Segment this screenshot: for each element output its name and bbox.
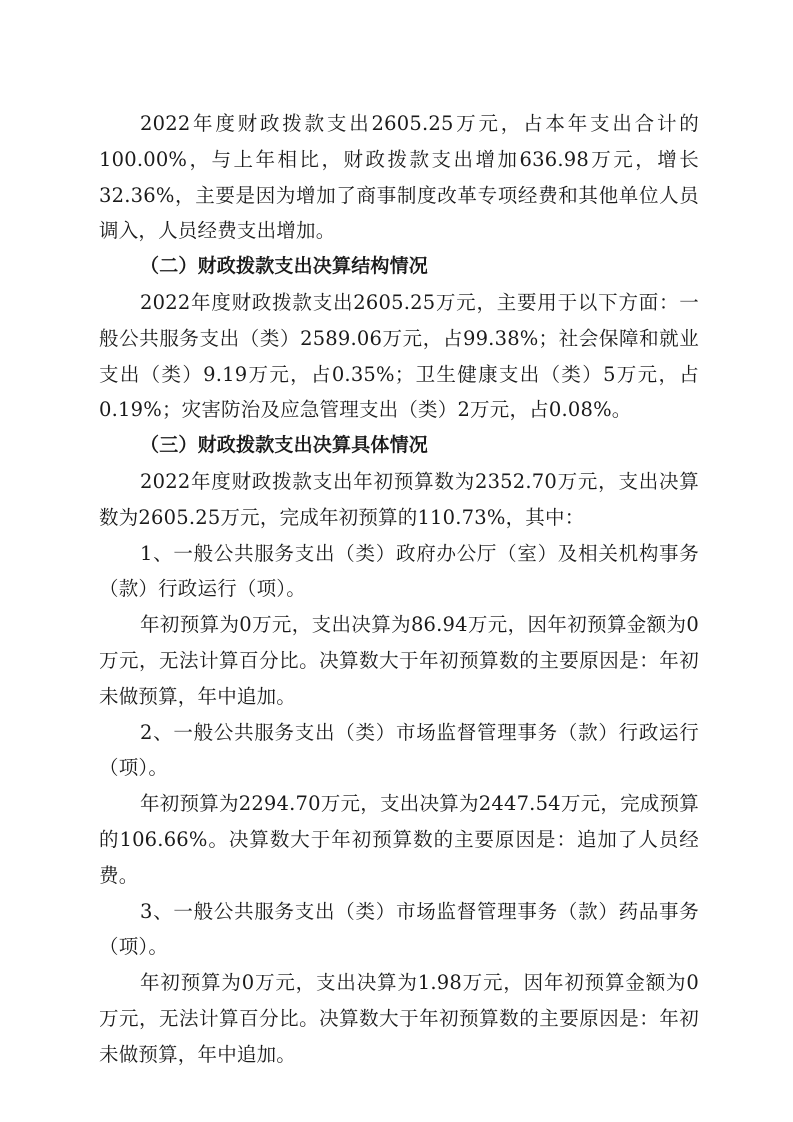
document-page: 2022年度财政拨款支出2605.25万元，占本年支出合计的100.00%，与上… [99, 106, 699, 1073]
paragraph-details-summary: 2022年度财政拨款支出年初预算数为2352.70万元，支出决算数为2605.2… [99, 464, 699, 536]
paragraph-item-1-body: 年初预算为0万元，支出决算为86.94万元，因年初预算金额为0万元，无法计算百分… [99, 607, 699, 714]
paragraph-item-3-title: 3、一般公共服务支出（类）市场监督管理事务（款）药品事务（项）。 [99, 894, 699, 966]
paragraph-item-1-title: 1、一般公共服务支出（类）政府办公厅（室）及相关机构事务（款）行政运行（项）。 [99, 536, 699, 608]
paragraph-item-3-body: 年初预算为0万元，支出决算为1.98万元，因年初预算金额为0万元，无法计算百分比… [99, 965, 699, 1072]
heading-structure: （二）财政拨款支出决算结构情况 [99, 249, 699, 285]
paragraph-item-2-title: 2、一般公共服务支出（类）市场监督管理事务（款）行政运行（项）。 [99, 715, 699, 787]
paragraph-appropriation-total: 2022年度财政拨款支出2605.25万元，占本年支出合计的100.00%，与上… [99, 106, 699, 249]
paragraph-item-2-body: 年初预算为2294.70万元，支出决算为2447.54万元，完成预算的106.6… [99, 786, 699, 893]
heading-details: （三）财政拨款支出决算具体情况 [99, 428, 699, 464]
paragraph-structure: 2022年度财政拨款支出2605.25万元，主要用于以下方面：一般公共服务支出（… [99, 285, 699, 428]
